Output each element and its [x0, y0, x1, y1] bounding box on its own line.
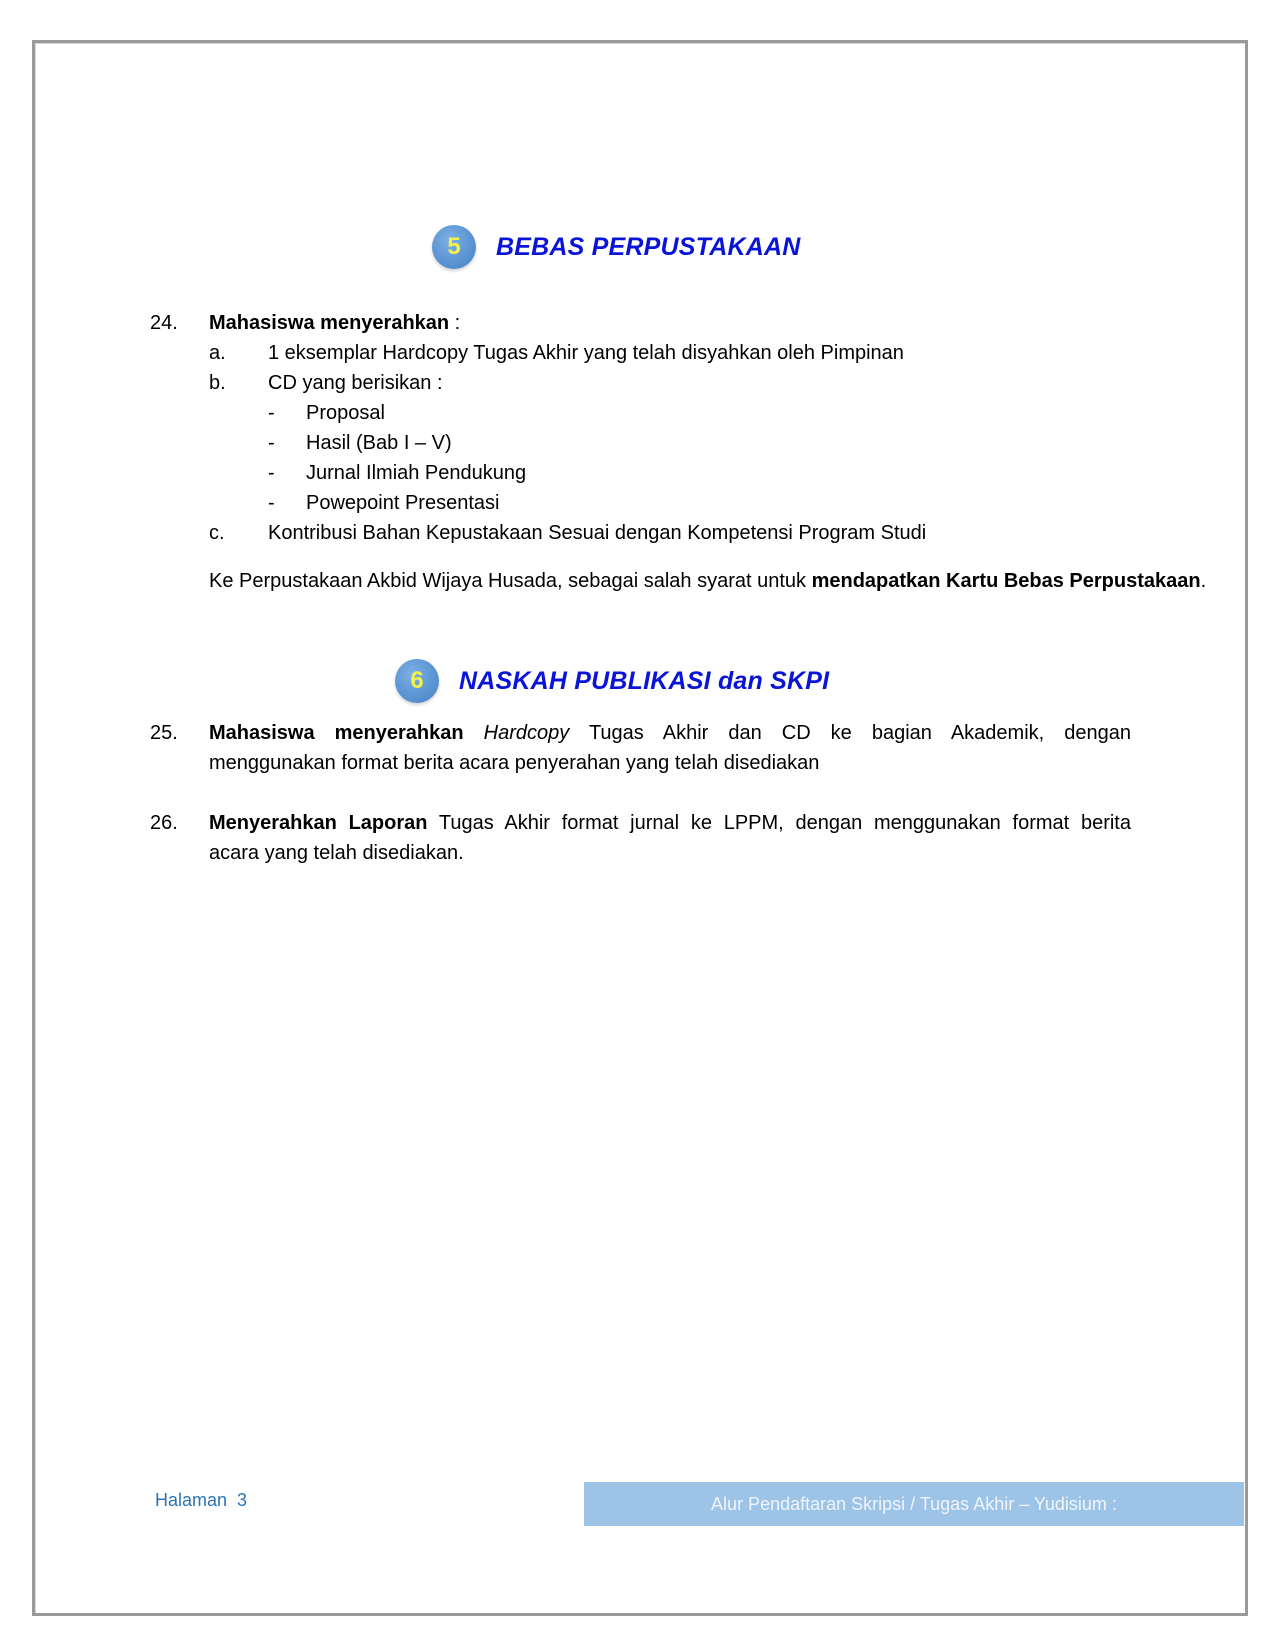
- lead-rest: :: [449, 312, 460, 334]
- footer-document-title: Alur Pendaftaran Skripsi / Tugas Akhir –…: [711, 1494, 1117, 1515]
- item-26-line2: acara yang telah disediakan.: [209, 842, 464, 864]
- subitem-label: b.: [209, 368, 226, 398]
- subitem-text: Kontribusi Bahan Kepustakaan Sesuai deng…: [268, 518, 926, 548]
- item-25-line1: Mahasiswa menyerahkan Hardcopy Tugas Akh…: [209, 718, 1131, 748]
- item-number: 25.: [150, 718, 178, 748]
- item-number: 26.: [150, 808, 178, 838]
- item-24-lead: Mahasiswa menyerahkan :: [209, 308, 460, 338]
- bullet-dash: -: [268, 488, 275, 518]
- item-line1-rest: Tugas Akhir format jurnal ke LPPM, denga…: [439, 812, 1131, 834]
- bullet-text: Hasil (Bab I – V): [306, 428, 452, 458]
- item-26-text: Menyerahkan Laporan Tugas Akhir format j…: [209, 808, 1131, 868]
- bullet-text: Proposal: [306, 398, 385, 428]
- section-number-badge: 5: [432, 225, 476, 269]
- bullet-dash: -: [268, 398, 275, 428]
- closing-text: Ke Perpustakaan Akbid Wijaya Husada, seb…: [209, 570, 812, 592]
- footer-title-bar: Alur Pendaftaran Skripsi / Tugas Akhir –…: [584, 1482, 1244, 1526]
- item-line1-rest: Tugas Akhir dan CD ke bagian Akademik, d…: [589, 722, 1131, 744]
- section-heading-5: 5 BEBAS PERPUSTAKAAN: [432, 224, 801, 270]
- item-bold: Mahasiswa menyerahkan: [209, 722, 464, 744]
- closing-bold: mendapatkan Kartu Bebas Perpustakaan: [812, 570, 1201, 592]
- subitem-label: c.: [209, 518, 225, 548]
- closing-paragraph: Ke Perpustakaan Akbid Wijaya Husada, seb…: [209, 566, 1206, 596]
- section-title: BEBAS PERPUSTAKAAN: [496, 233, 801, 262]
- bullet-dash: -: [268, 458, 275, 488]
- item-25-text: Mahasiswa menyerahkan Hardcopy Tugas Akh…: [209, 718, 1131, 778]
- subitem-text: 1 eksemplar Hardcopy Tugas Akhir yang te…: [268, 338, 904, 368]
- closing-end: .: [1201, 570, 1207, 592]
- section-heading-6: 6 NASKAH PUBLIKASI dan SKPI: [395, 658, 829, 704]
- lead-bold: Mahasiswa menyerahkan: [209, 312, 449, 334]
- item-bold: Menyerahkan Laporan: [209, 812, 428, 834]
- subitem-label: a.: [209, 338, 226, 368]
- bullet-text: Jurnal Ilmiah Pendukung: [306, 458, 526, 488]
- section-number-badge: 6: [395, 659, 439, 703]
- item-25-line2: menggunakan format berita acara penyerah…: [209, 752, 819, 774]
- section-title: NASKAH PUBLIKASI dan SKPI: [459, 667, 829, 696]
- bullet-dash: -: [268, 428, 275, 458]
- bullet-text: Powepoint Presentasi: [306, 488, 499, 518]
- item-number: 24.: [150, 308, 178, 338]
- page-number: Halaman 3: [155, 1490, 247, 1511]
- item-italic: Hardcopy: [484, 722, 570, 744]
- subitem-text: CD yang berisikan :: [268, 368, 443, 398]
- item-26-line1: Menyerahkan Laporan Tugas Akhir format j…: [209, 808, 1131, 838]
